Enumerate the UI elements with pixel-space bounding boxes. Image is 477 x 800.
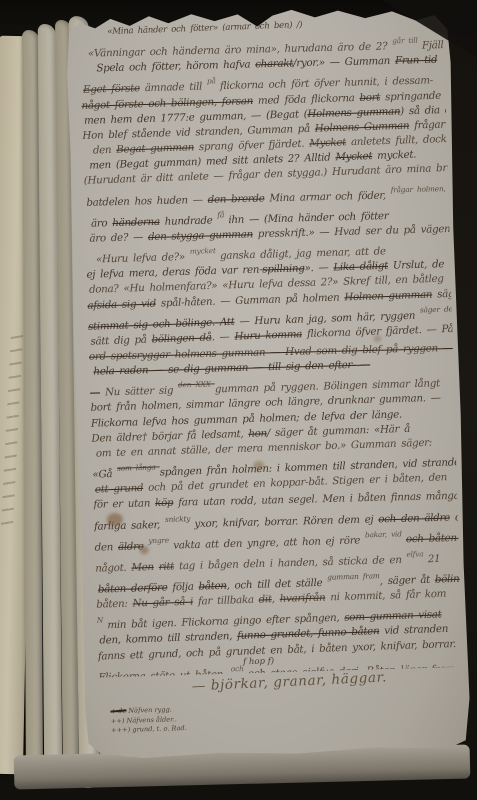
line-segment: «Mina händer och fötter» (armar och ben)… (107, 20, 302, 37)
line-segment: köp (155, 497, 173, 509)
line-segment: far tillbaka (193, 594, 259, 608)
line-segment: äro (91, 217, 113, 230)
line-segment: Nu går så i (132, 596, 193, 610)
line-segment: Nu sätter sig (100, 385, 178, 399)
line-segment: farliga saker, (94, 518, 165, 532)
line-segment: den stygga gumman (148, 228, 253, 243)
line-segment: mycket (190, 246, 220, 256)
line-segment: Urslut, de (388, 258, 444, 272)
line-segment: den (94, 541, 118, 554)
line-segment: elfva (406, 549, 427, 559)
line-segment: springande (efter flickorna. (380, 87, 462, 103)
handwriting-lines: «Mina händer och fötter» (armar och ben)… (79, 15, 462, 678)
line-segment: frågar af (409, 118, 459, 132)
line-segment: spillning (262, 262, 305, 275)
line-segment: ritt (159, 560, 175, 572)
interline-annotation: f hop f) (243, 656, 274, 667)
line-segment: hon (248, 427, 267, 440)
line-segment: yngre (148, 535, 173, 545)
line-segment: charakt (255, 58, 293, 71)
line-segment: Holmens gumman (307, 105, 400, 120)
line-segment: dit (258, 593, 271, 605)
line-segment: och (450, 511, 463, 524)
line-segment: säger den stygga gum (420, 302, 463, 314)
line-segment: 21 (428, 553, 441, 565)
line-segment: Mycket (335, 150, 372, 163)
line-segment: båten (198, 580, 226, 593)
line-segment: /ryor.» — Gumman (293, 55, 395, 70)
line-segment: för er utan (93, 498, 155, 511)
line-segment: få (217, 210, 228, 219)
line-segment: bölingen (435, 572, 463, 585)
line-segment: N (97, 616, 108, 625)
line-segment: händerna (112, 216, 160, 229)
line-segment: Holmen gumman (344, 288, 432, 303)
manuscript-page: «Mina händer och fötter» (armar och ben)… (64, 3, 472, 762)
line-segment: Eget förste (83, 83, 140, 97)
line-segment: vid stranden (379, 623, 448, 637)
line-segment: frågar holmen, vidare. (391, 183, 463, 194)
line-segment: «Huru lefva de?» (96, 251, 190, 266)
line-segment: och båten stadnar (406, 530, 463, 545)
line-segment: Mycket (309, 136, 346, 149)
line-segment: Begat gumman (116, 141, 194, 156)
line-segment: Holmens Gumman (315, 120, 410, 135)
line-segment: ) så dia dem andra gum. (400, 101, 462, 117)
line-segment: mycket. (372, 149, 416, 162)
line-segment: säger: (432, 287, 462, 300)
line-segment: hundrade (160, 214, 218, 227)
manuscript-photo: «Mina händer och fötter» (armar och ben)… (0, 0, 477, 800)
line-segment: snickty (165, 514, 195, 524)
line-segment: äro de? — (89, 231, 148, 245)
line-segment: något. (95, 561, 131, 574)
line-segment: , säger åt (380, 574, 435, 588)
line-segment: — (90, 387, 100, 399)
line-segment: Flickorna stöto ut båten, (98, 668, 231, 677)
line-segment: Lika dåligt (333, 260, 388, 274)
line-segment: Men (131, 561, 154, 574)
line-segment: Huru komma (234, 328, 302, 342)
line-segment: båten: (96, 598, 133, 611)
line-segment: följa (167, 581, 198, 594)
line-segment: sätt dig på (90, 333, 152, 347)
line-segment: . — (211, 330, 234, 343)
line-segment: bakar, vid (365, 529, 406, 539)
line-segment: den (93, 144, 117, 157)
line-segment: går till (392, 36, 422, 46)
line-segment: batdelen hos huden — (86, 193, 208, 208)
footnotes: + de Näfven rygg.++) Näfvens ålder..+++)… (110, 702, 281, 736)
line-segment: Frun tid (395, 54, 438, 67)
line-segment: båten derföre (98, 582, 168, 596)
line-segment: gumman fram (327, 571, 380, 582)
line-segment: afsida sig vid (87, 297, 156, 311)
line-segment: ». — (304, 262, 333, 275)
line-segment: den brerde (208, 192, 265, 205)
line-segment: , och till det ställe (226, 577, 327, 592)
line-segment: ämnade till (140, 81, 208, 95)
line-segment: och den äldre (378, 511, 450, 525)
line-segment: med föda flickorna (253, 92, 360, 107)
line-segment: Mina armar och föder, (264, 189, 391, 204)
line-segment: den XXX (178, 380, 215, 390)
line-segment: bölingen då (151, 331, 211, 345)
line-segment: bort (359, 91, 380, 104)
line-segment: hvarifrån (280, 592, 326, 605)
line-segment: som långa (117, 462, 160, 472)
line-segment: på (207, 77, 220, 86)
line-segment: ett grund (95, 482, 144, 496)
line-segment: «Gå (92, 468, 117, 481)
